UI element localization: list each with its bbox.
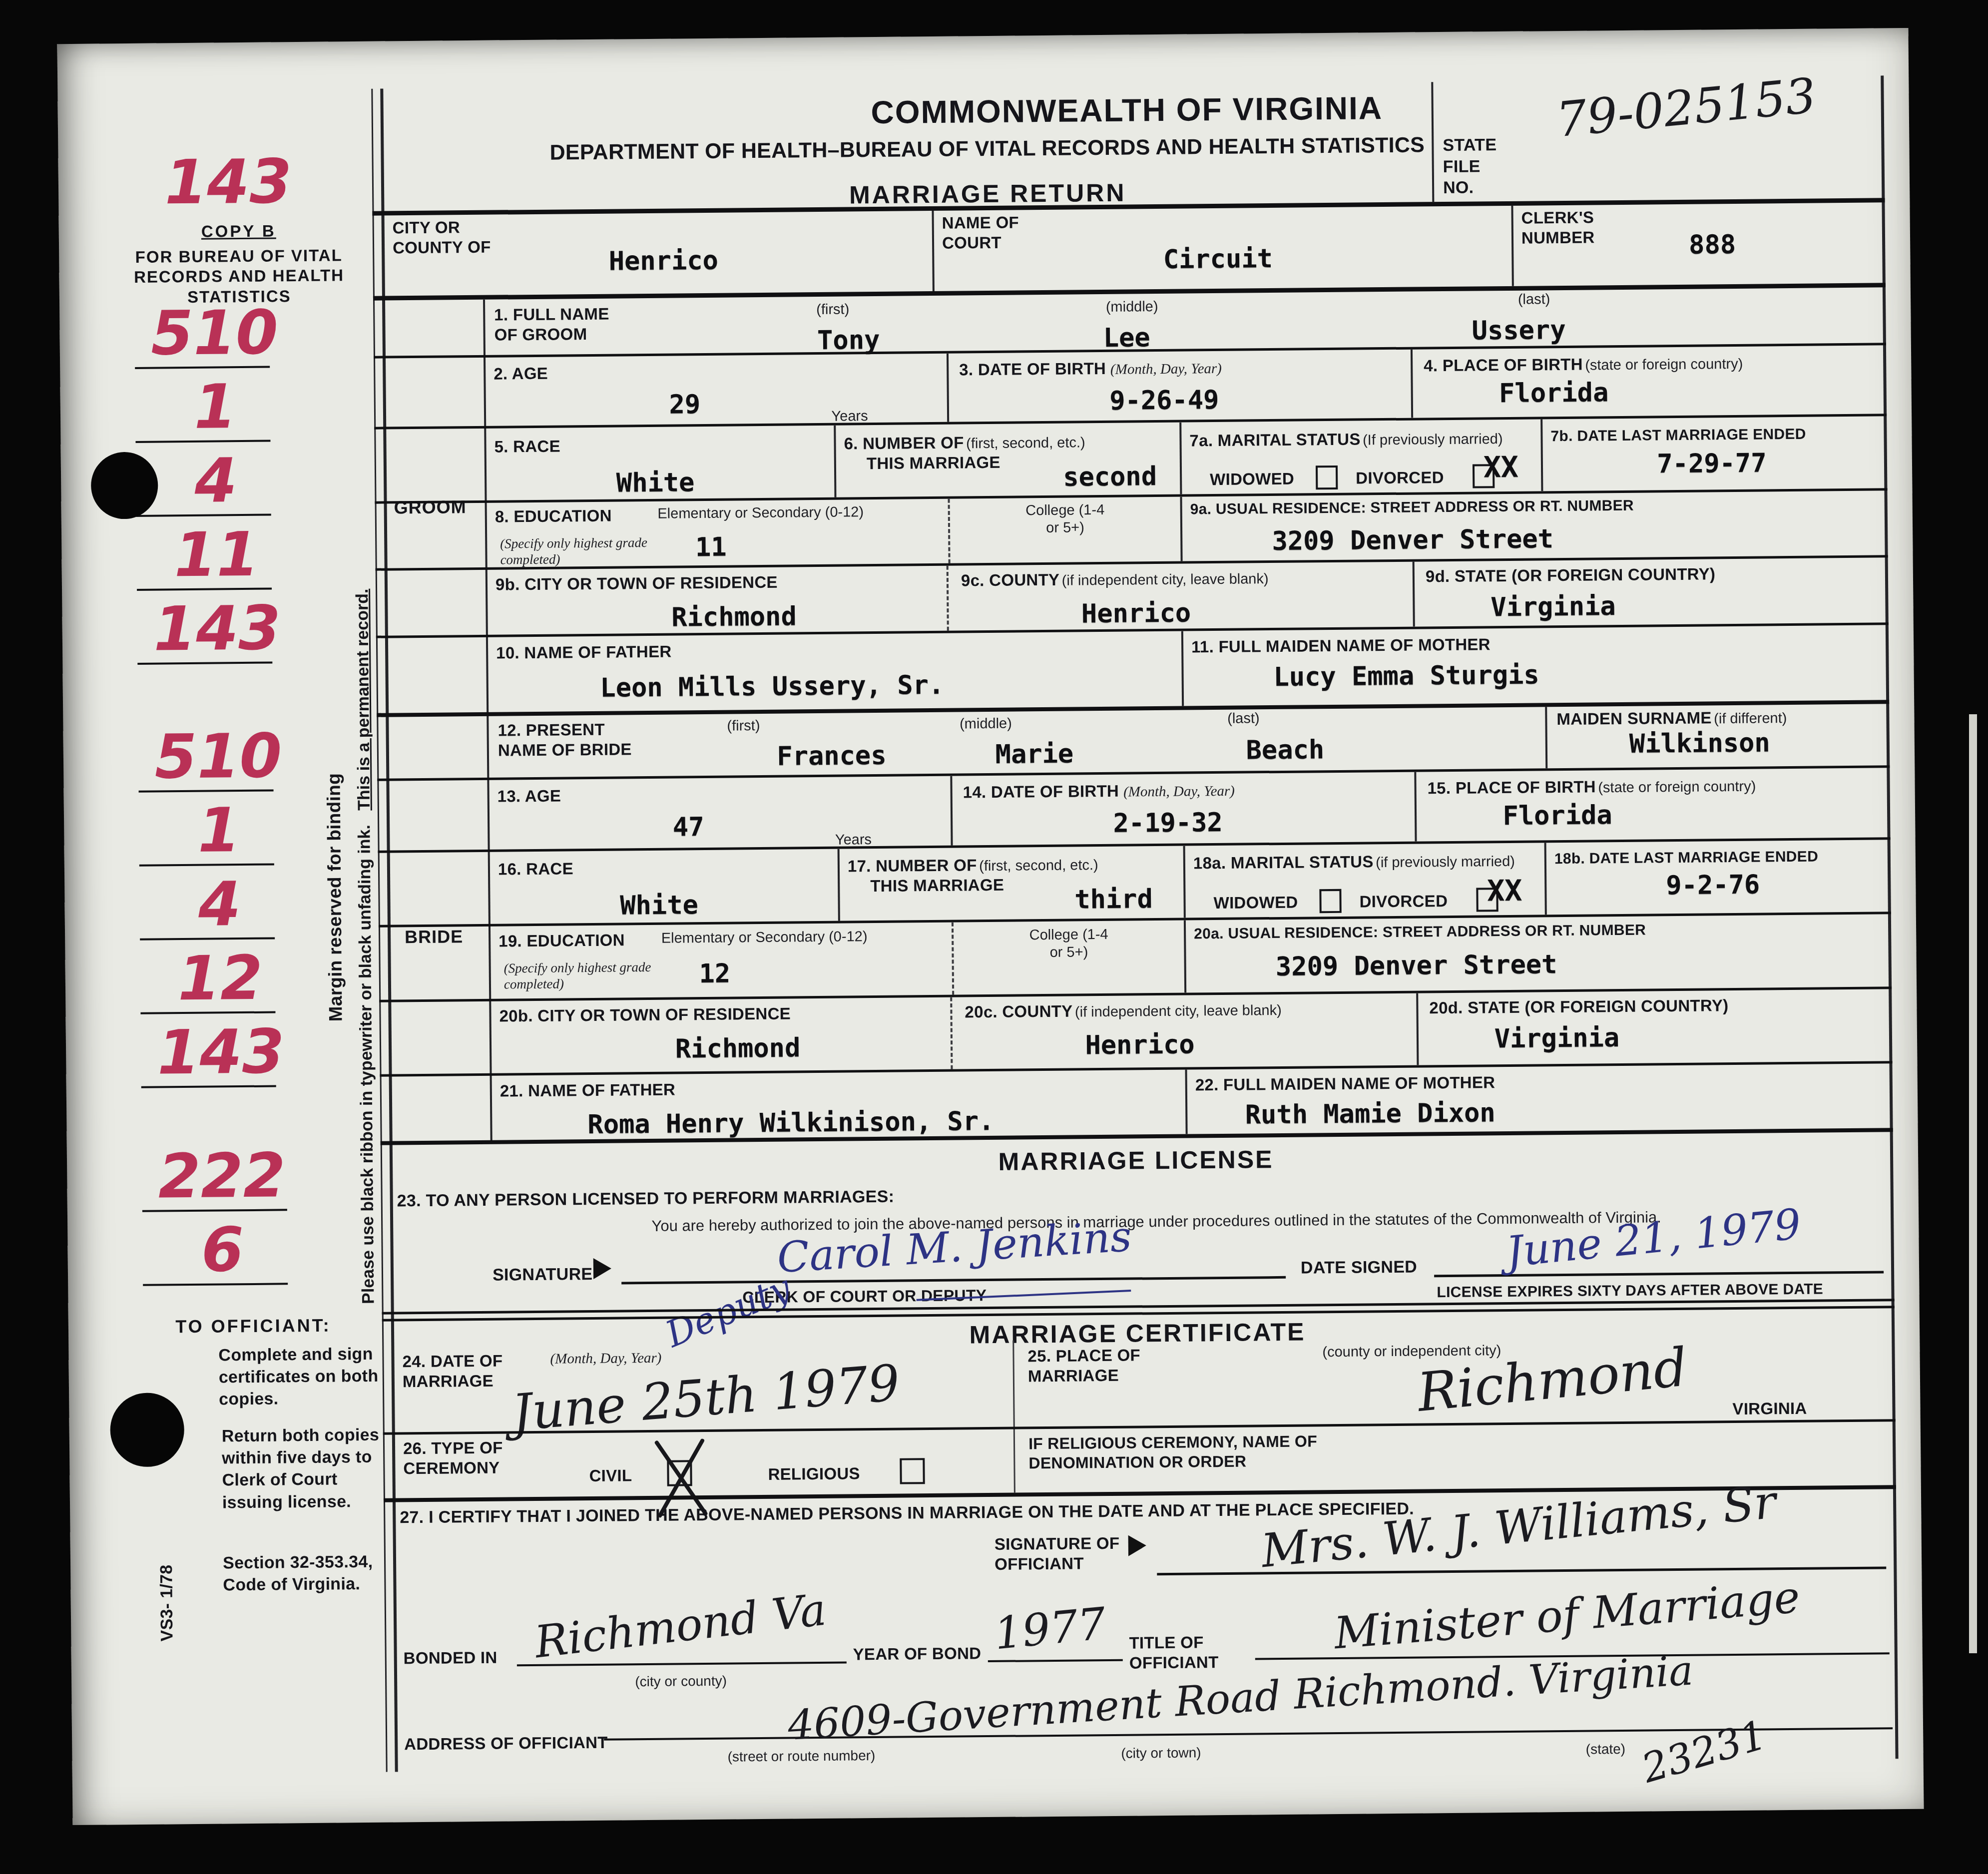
pob-format-hint: (state or foreign country) [1598, 779, 1756, 796]
marital-status-hint: (if previously married) [1376, 854, 1515, 871]
groom-race-label: 5. RACE [494, 436, 560, 457]
bonded-city-county-hint: (city or county) [576, 1672, 786, 1691]
year-of-bond-label: YEAR OF BOND [853, 1643, 982, 1664]
marriage-date-hint: (Month, Day, Year) [550, 1350, 661, 1368]
bride-residence-label: 20a. USUAL RESIDENCE: STREET ADDRESS OR … [1194, 922, 1646, 943]
license-to-label: 23. TO ANY PERSON LICENSED TO PERFORM MA… [397, 1187, 895, 1212]
zip-code-value: 23231 [1637, 1715, 1771, 1789]
bride-city-label: 20b. CITY OR TOWN OF RESIDENCE [499, 1003, 791, 1026]
groom-divorced-mark: XX [1484, 452, 1518, 482]
margin-number: 222 [137, 1145, 307, 1207]
bride-marriage-number-value: third [989, 885, 1238, 915]
street-hint: (street or route number) [686, 1747, 916, 1766]
groom-pob-value: Florida [1429, 379, 1678, 408]
bride-marriage-number-label: 17. NUMBER OF [848, 856, 977, 875]
groom-pob-label: 4. PLACE OF BIRTH [1424, 355, 1583, 375]
groom-city-value: Richmond [609, 602, 859, 632]
bride-county-label: 20c. COUNTY [965, 1002, 1072, 1021]
first-hint: (first) [758, 300, 908, 319]
bride-mother-label: 22. FULL MAIDEN NAME OF MOTHER [1195, 1072, 1495, 1095]
pob-format-hint: (state or foreign country) [1585, 356, 1743, 374]
to-officiant-note-1: Complete and sign certificates on both c… [218, 1343, 389, 1411]
bride-pob-value: Florida [1433, 801, 1682, 831]
groom-marriage-number-label-2: THIS MARRIAGE [867, 453, 1000, 472]
officiant-signature-pointer-icon [1128, 1535, 1146, 1556]
groom-race-value: White [530, 468, 780, 498]
groom-residence-value: 3209 Denver Street [1088, 524, 1737, 557]
groom-age-label: 2. AGE [494, 364, 548, 384]
hole-punch [110, 1393, 184, 1467]
bride-marital-status-label: 18a. MARITAL STATUS [1193, 852, 1374, 872]
widowed-label: WIDOWED [1210, 469, 1294, 490]
county-hint: (if independent city, leave blank) [1062, 571, 1269, 589]
bride-marriage-number-label-2: THIS MARRIAGE [870, 876, 1004, 895]
groom-education-value: 11 [586, 533, 836, 562]
bride-divorced-mark: XX [1487, 876, 1522, 906]
hole-punch [91, 452, 158, 519]
bonded-in-value: Richmond Va [509, 1585, 852, 1667]
city-county-label: CITY OR COUNTY OF [393, 217, 523, 258]
bride-last-marriage-ended-value: 9-2-76 [1588, 871, 1838, 900]
maiden-surname-hint: (if different) [1714, 710, 1787, 727]
first-hint: (first) [668, 717, 818, 735]
groom-last-marriage-ended-label: 7b. DATE LAST MARRIAGE ENDED [1550, 426, 1806, 446]
groom-city-label: 9b. CITY OR TOWN OF RESIDENCE [496, 572, 778, 595]
clerk-number-value: 888 [1582, 230, 1842, 260]
widowed-checkbox [1316, 466, 1338, 489]
signature-label: SIGNATURE [493, 1264, 593, 1286]
last-hint: (last) [1168, 709, 1318, 728]
groom-state-value: Virginia [1428, 592, 1678, 622]
license-expires-note: LICENSE EXPIRES SIXTY DAYS AFTER ABOVE D… [1437, 1280, 1823, 1302]
officiant-address-label: ADDRESS OF OFFICIANT [404, 1733, 608, 1755]
bride-last-name: Beach [1160, 736, 1410, 765]
groom-father-label: 10. NAME OF FATHER [496, 642, 672, 663]
bride-education-value: 12 [590, 959, 840, 989]
court-name-value: Circuit [1088, 245, 1348, 274]
margin-number: 510 [129, 302, 300, 364]
binding-margin-note: Margin reserved for binding [322, 773, 347, 1022]
groom-county-value: Henrico [1011, 599, 1261, 628]
bride-county-value: Henrico [1015, 1030, 1265, 1060]
bride-father-value: Roma Henry Wilkinison, Sr. [516, 1107, 1065, 1139]
bride-last-marriage-ended-label: 18b. DATE LAST MARRIAGE ENDED [1554, 848, 1818, 869]
groom-dob-label: 3. DATE OF BIRTH [959, 359, 1106, 379]
groom-marriage-number-label: 6. NUMBER OF [844, 433, 964, 453]
groom-mother-value: Lucy Emma Sturgis [1156, 660, 1656, 692]
to-officiant-note-2: Return both copies within five days to C… [222, 1423, 398, 1513]
bride-city-value: Richmond [613, 1034, 863, 1063]
ceremony-type-label: 26. TYPE OF CEREMONY [403, 1437, 523, 1479]
groom-father-value: Leon Mills Ussery, Sr. [522, 671, 1022, 702]
bride-age-label: 13. AGE [497, 786, 561, 806]
black-ribbon-note: Please use black ribbon in typewriter or… [355, 825, 378, 1304]
groom-education-label: 8. EDUCATION [495, 506, 612, 527]
court-name-label: NAME OF COURT [942, 212, 1062, 254]
groom-age-value: 29 [560, 390, 810, 420]
state-file-number: 79-025153 [1495, 66, 1878, 150]
margin-number: 143 [136, 1021, 306, 1083]
dob-format-hint: (Month, Day, Year) [1123, 783, 1235, 800]
bride-race-value: White [534, 891, 784, 921]
middle-hint: (middle) [1057, 298, 1207, 316]
bride-residence-value: 3209 Denver Street [1092, 949, 1741, 982]
permanent-record-note: This is a permanent record. [353, 589, 374, 811]
margin-page-number: 143 [143, 151, 313, 213]
groom-marriage-number-value: second [985, 463, 1235, 492]
marriage-place-label: 25. PLACE OF MARRIAGE [1027, 1345, 1163, 1387]
divorced-label: DIVORCED [1359, 891, 1448, 912]
middle-hint: (middle) [911, 715, 1060, 733]
virginia-label: VIRGINIA [1732, 1399, 1807, 1419]
year-of-bond-value: 1977 [993, 1601, 1108, 1656]
marriage-number-hint: (first, second, etc.) [979, 857, 1098, 874]
divorced-label: DIVORCED [1356, 468, 1444, 488]
bride-father-label: 21. NAME OF FATHER [500, 1080, 676, 1101]
groom-name-label: 1. FULL NAME OF GROOM [494, 304, 619, 345]
religious-checkbox [900, 1458, 925, 1484]
department-title: DEPARTMENT OF HEALTH–BUREAU OF VITAL REC… [398, 131, 1576, 167]
bride-age-value: 47 [563, 813, 813, 842]
maiden-surname-label: MAIDEN SURNAME [1556, 708, 1712, 728]
groom-county-label: 9c. COUNTY [961, 570, 1060, 590]
bride-race-label: 16. RACE [498, 859, 573, 880]
certify-statement: 27. I CERTIFY THAT I JOINED THE ABOVE-NA… [400, 1499, 1414, 1528]
marital-status-hint: (If previously married) [1363, 431, 1503, 448]
bonded-in-label: BONDED IN [404, 1648, 497, 1669]
groom-last-marriage-ended-value: 7-29-77 [1587, 449, 1837, 478]
groom-state-label: 9d. STATE (OR FOREIGN COUNTRY) [1426, 564, 1716, 586]
elementary-column-label: Elementary or Secondary (0-12) [646, 503, 876, 523]
groom-dob-value: 9-26-49 [1039, 386, 1289, 416]
religious-label: RELIGIOUS [768, 1463, 860, 1484]
bride-education-label: 19. EDUCATION [498, 930, 625, 951]
date-signed-value: June 21, 1979 [1416, 1194, 1892, 1282]
county-hint: (if independent city, leave blank) [1075, 1002, 1282, 1020]
bride-state-label: 20d. STATE (OR FOREIGN COUNTRY) [1429, 995, 1728, 1018]
scanned-marriage-return-document: 143 COPY B FOR BUREAU OF VITAL RECORDS A… [57, 28, 1924, 1825]
groom-section-label: GROOM [379, 496, 481, 519]
dob-format-hint: (Month, Day, Year) [1110, 361, 1222, 378]
bride-maiden-surname: Wilkinson [1575, 729, 1825, 758]
bride-dob-label: 14. DATE OF BIRTH [963, 782, 1119, 802]
marriage-license-title: MARRIAGE LICENSE [786, 1142, 1486, 1179]
civil-label: CIVIL [589, 1465, 632, 1486]
groom-last-name: Ussery [1394, 316, 1643, 346]
signature-pointer-icon [593, 1258, 611, 1279]
officiant-title-label: TITLE OF OFFICIANT [1129, 1632, 1254, 1673]
scan-edge-artifact [1969, 714, 1977, 1653]
margin-number: 143 [132, 597, 302, 660]
city-town-hint: (city or town) [1071, 1744, 1251, 1763]
last-hint: (last) [1459, 290, 1609, 309]
denomination-label: IF RELIGIOUS CEREMONY, NAME OF DENOMINAT… [1028, 1431, 1359, 1473]
date-signed-label: DATE SIGNED [1301, 1257, 1417, 1279]
groom-marital-status-label: 7a. MARITAL STATUS [1189, 430, 1360, 450]
widowed-checkbox [1319, 889, 1341, 913]
elementary-column-label: Elementary or Secondary (0-12) [649, 928, 879, 947]
bride-section-label: BRIDE [383, 926, 485, 948]
copy-label: COPY B [201, 221, 276, 240]
officiant-signature-label: SIGNATURE OF OFFICIANT [994, 1533, 1135, 1575]
city-county-value: Henrico [533, 246, 793, 276]
margin-number: 510 [133, 725, 303, 788]
widowed-label: WIDOWED [1213, 893, 1298, 914]
marriage-number-hint: (first, second, etc.) [966, 435, 1085, 452]
bride-mother-value: Ruth Mamie Dixon [1120, 1098, 1620, 1130]
to-officiant-title: TO OFFICIANT: [138, 1314, 368, 1338]
bride-middle-name: Marie [910, 740, 1159, 769]
bride-pob-label: 15. PLACE OF BIRTH [1427, 777, 1596, 797]
bride-dob-value: 2-19-32 [1043, 809, 1293, 838]
margin-number: 12 [135, 947, 305, 1009]
groom-residence-label: 9a. USUAL RESIDENCE: STREET ADDRESS OR R… [1190, 497, 1634, 519]
margin-number: 6 [137, 1219, 308, 1281]
margin-number: 1 [130, 376, 300, 438]
bride-name-label: 12. PRESENT NAME OF BRIDE [497, 719, 643, 761]
margin-number: 11 [131, 523, 302, 586]
form-code: VS3- 1/78 [156, 1564, 178, 1641]
groom-mother-label: 11. FULL MAIDEN NAME OF MOTHER [1191, 634, 1491, 657]
margin-number: 1 [134, 799, 304, 862]
margin-number: 4 [134, 873, 305, 936]
bride-state-value: Virginia [1432, 1024, 1682, 1053]
